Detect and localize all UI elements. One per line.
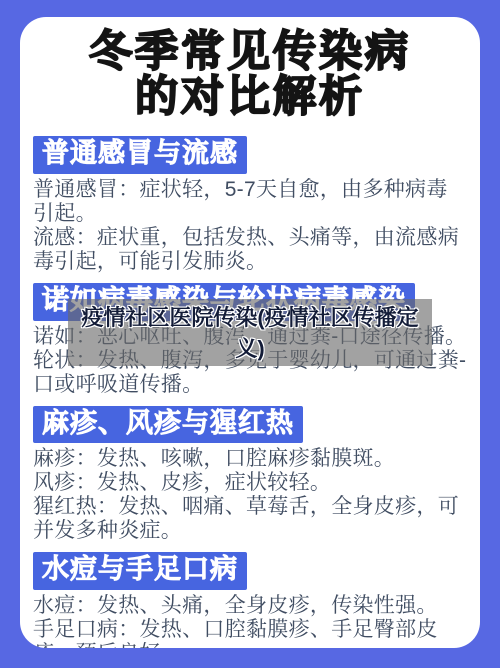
text-line: 流感：症状重，包括发热、头痛等，由流感病毒引起，可能引发肺炎。 bbox=[33, 226, 467, 274]
page-title-line1: 冬季常见传染病 bbox=[89, 28, 411, 76]
section-chickenpox-hfmd: 水痘与手足口病 水痘：发热、头痛，全身皮疹，传染性强。 手足口病：发热、口腔黏膜… bbox=[33, 552, 467, 648]
section-body-measles-rubella-scarlet-fever: 麻疹：发热、咳嗽，口腔麻疹黏膜斑。 风疹：发热、皮疹，症状较轻。 猩红热：发热、… bbox=[33, 447, 467, 543]
text-line: 水痘：发热、头痛，全身皮疹，传染性强。 bbox=[33, 594, 467, 618]
text-line: 猩红热：发热、咽痛、草莓舌，全身皮疹，可并发多种炎症。 bbox=[33, 495, 467, 543]
text-line: 麻疹：发热、咳嗽，口腔麻疹黏膜斑。 bbox=[33, 447, 467, 471]
page-title: 冬季常见传染病的对比解析 bbox=[20, 30, 480, 120]
section-heading-chickenpox-hfmd: 水痘与手足口病 bbox=[33, 552, 247, 590]
text-line: 手足口病：发热、口腔黏膜疹、手足臀部皮疹，预后良好。 bbox=[33, 618, 467, 648]
sections-container: 普通感冒与流感 普通感冒：症状轻，5-7天自愈，由多种病毒引起。 流感：症状重，… bbox=[20, 120, 480, 648]
infographic-card: 冬季常见传染病的对比解析 普通感冒与流感 普通感冒：症状轻，5-7天自愈，由多种… bbox=[20, 17, 480, 648]
text-line: 风疹：发热、皮疹，症状较轻。 bbox=[33, 471, 467, 495]
infographic-page: { "title": { "line1": "冬季常见传染病", "line2"… bbox=[0, 0, 500, 668]
section-heading-cold-flu: 普通感冒与流感 bbox=[33, 136, 247, 174]
page-title-line2: 的对比解析 bbox=[135, 73, 365, 121]
section-body-cold-flu: 普通感冒：症状轻，5-7天自愈，由多种病毒引起。 流感：症状重，包括发热、头痛等… bbox=[33, 178, 467, 274]
section-heading-measles-rubella-scarlet-fever: 麻疹、风疹与猩红热 bbox=[33, 406, 303, 444]
watermark-overlay-text: 疫情社区医院传染(疫情社区传播定义) bbox=[68, 302, 432, 364]
section-body-chickenpox-hfmd: 水痘：发热、头痛，全身皮疹，传染性强。 手足口病：发热、口腔黏膜疹、手足臀部皮疹… bbox=[33, 594, 467, 648]
section-measles-rubella-scarlet-fever: 麻疹、风疹与猩红热 麻疹：发热、咳嗽，口腔麻疹黏膜斑。 风疹：发热、皮疹，症状较… bbox=[33, 406, 467, 544]
text-line: 普通感冒：症状轻，5-7天自愈，由多种病毒引起。 bbox=[33, 178, 467, 226]
section-cold-flu: 普通感冒与流感 普通感冒：症状轻，5-7天自愈，由多种病毒引起。 流感：症状重，… bbox=[33, 136, 467, 274]
watermark-overlay: 疫情社区医院传染(疫情社区传播定义) bbox=[68, 299, 432, 366]
